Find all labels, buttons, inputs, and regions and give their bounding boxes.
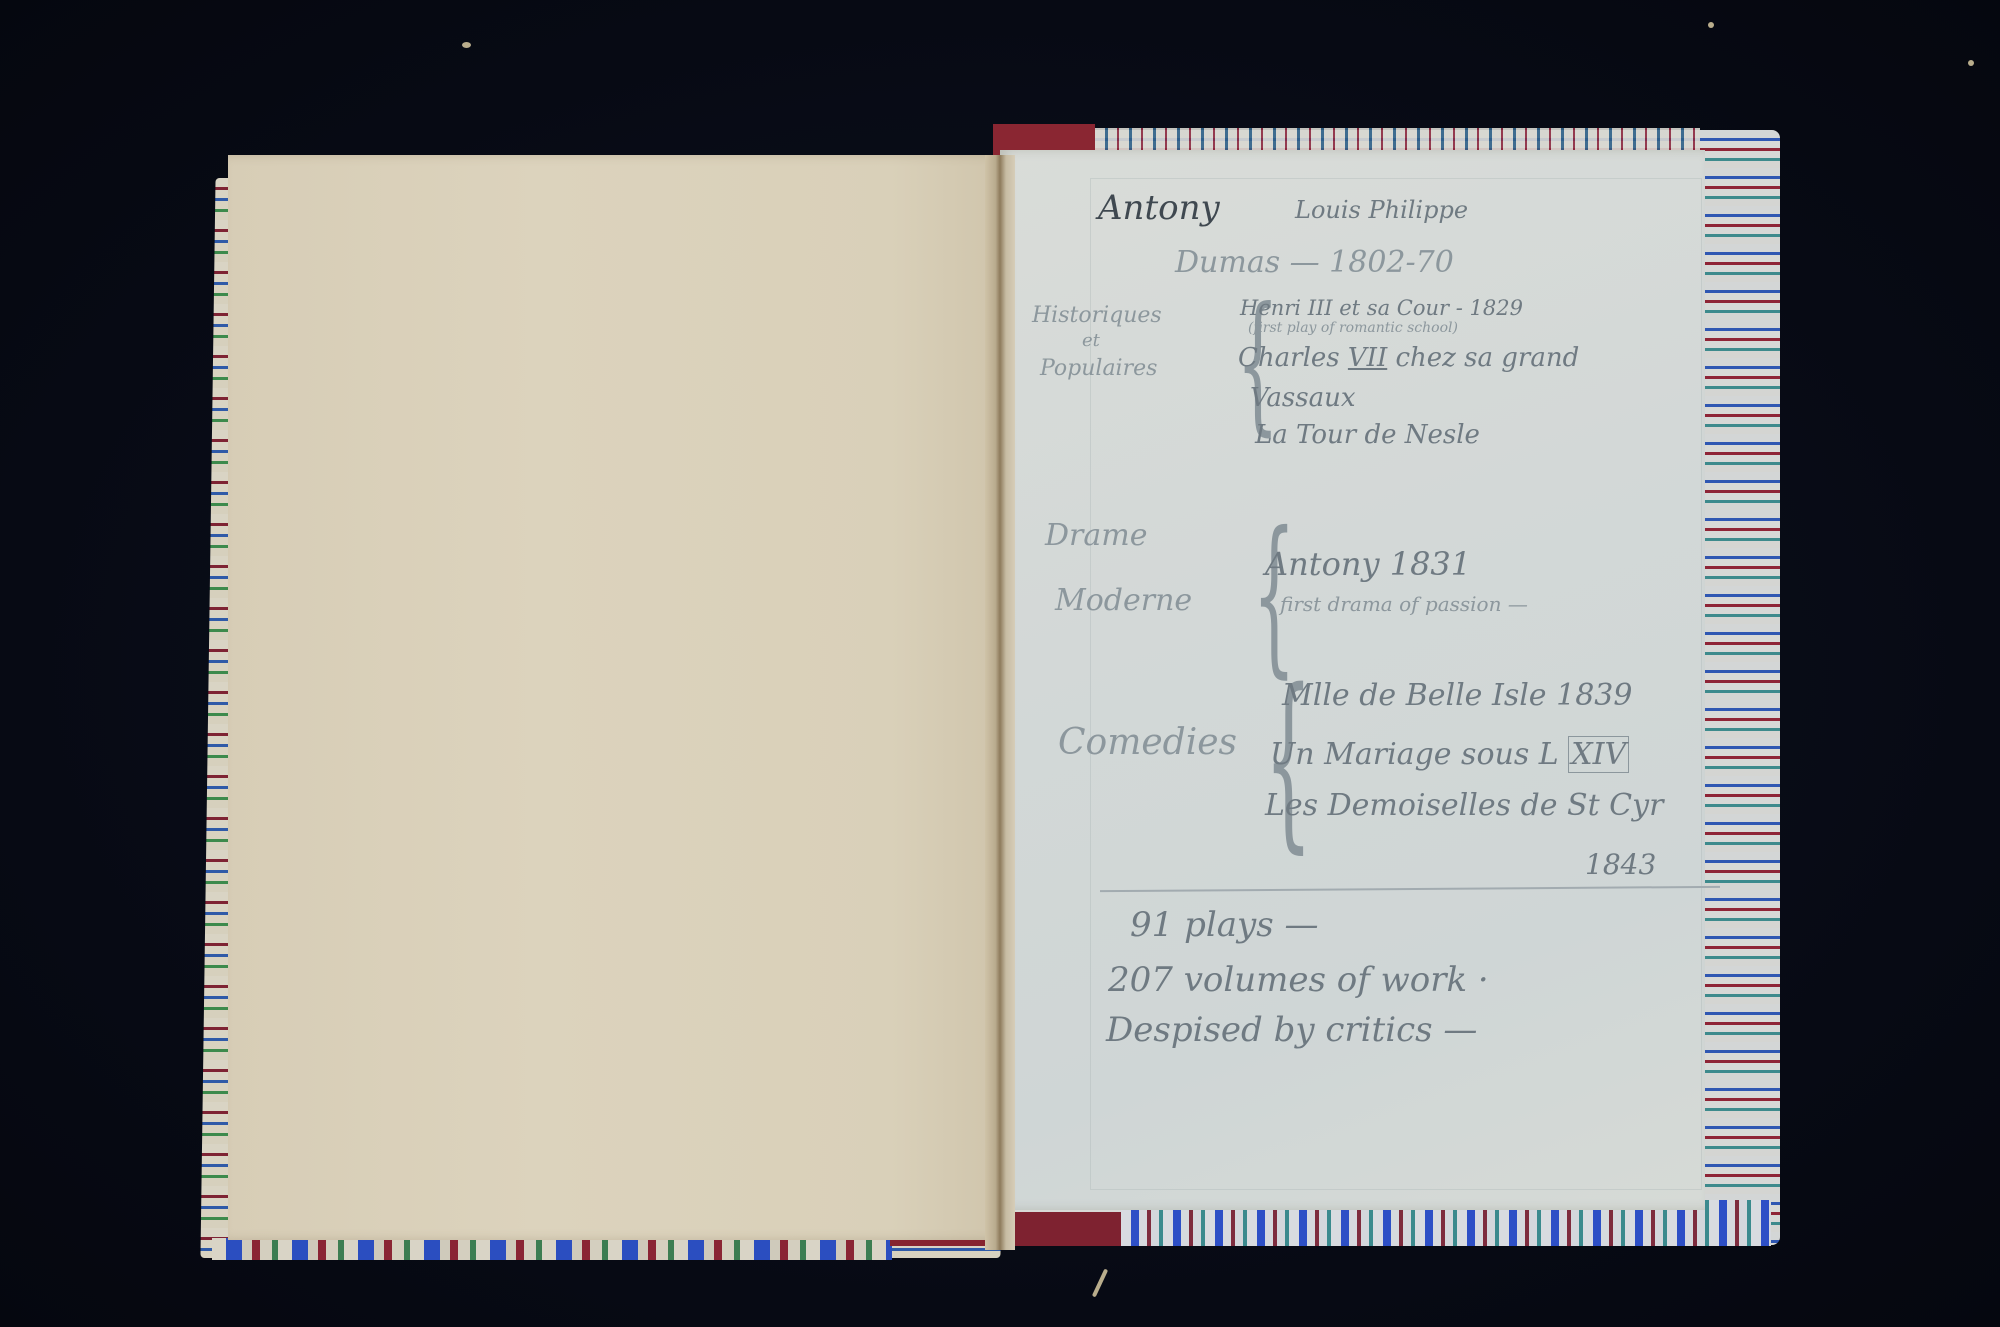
left-page-blank <box>228 155 1008 1240</box>
play-item: Mlle de Belle Isle 1839 <box>1282 678 1632 713</box>
section-label-moderne: Moderne <box>1055 583 1192 618</box>
section-label-populaires: Populaires <box>1040 356 1157 381</box>
play-item: La Tour de Nesle <box>1255 420 1480 450</box>
spine-cloth-bottom <box>1013 1212 1121 1246</box>
play-item: Les Demoiselles de St Cyr <box>1265 788 1663 823</box>
roman-numeral: VII <box>1348 343 1387 373</box>
play-item: Charles VII chez sa grand <box>1238 343 1579 373</box>
section-label-historiques: Historiques <box>1032 303 1162 328</box>
section-label-comedies: Comedies <box>1058 722 1237 763</box>
note-subtitle: Louis Philippe <box>1295 196 1468 224</box>
play-note: (first play of romantic school) <box>1248 320 1458 336</box>
dust-speck <box>1968 60 1974 66</box>
play-item: Vassaux <box>1250 383 1356 413</box>
dust-speck <box>1708 22 1714 28</box>
dust-speck <box>462 42 471 48</box>
left-bottom-marbled-edge <box>212 1238 892 1260</box>
roman-numeral: XIV <box>1568 736 1629 773</box>
play-item: Henri III et sa Cour - 1829 <box>1240 296 1523 320</box>
note-title: Antony <box>1098 188 1220 228</box>
section-label-et: et <box>1082 330 1100 351</box>
note-author-line: Dumas — 1802-70 <box>1175 245 1454 280</box>
note-critics: Despised by critics — <box>1106 1010 1477 1050</box>
play-year: 1843 <box>1585 848 1656 881</box>
play-item: Antony 1831 <box>1265 545 1471 583</box>
play-note: first drama of passion — <box>1280 592 1528 616</box>
section-label-drame: Drame <box>1045 518 1147 553</box>
note-volume-count: 207 volumes of work · <box>1108 960 1489 1000</box>
book-gutter <box>985 155 1015 1250</box>
note-play-count: 91 plays — <box>1130 905 1318 945</box>
dust-speck <box>1092 1269 1108 1298</box>
play-item: Un Mariage sous L XIV <box>1270 737 1629 772</box>
